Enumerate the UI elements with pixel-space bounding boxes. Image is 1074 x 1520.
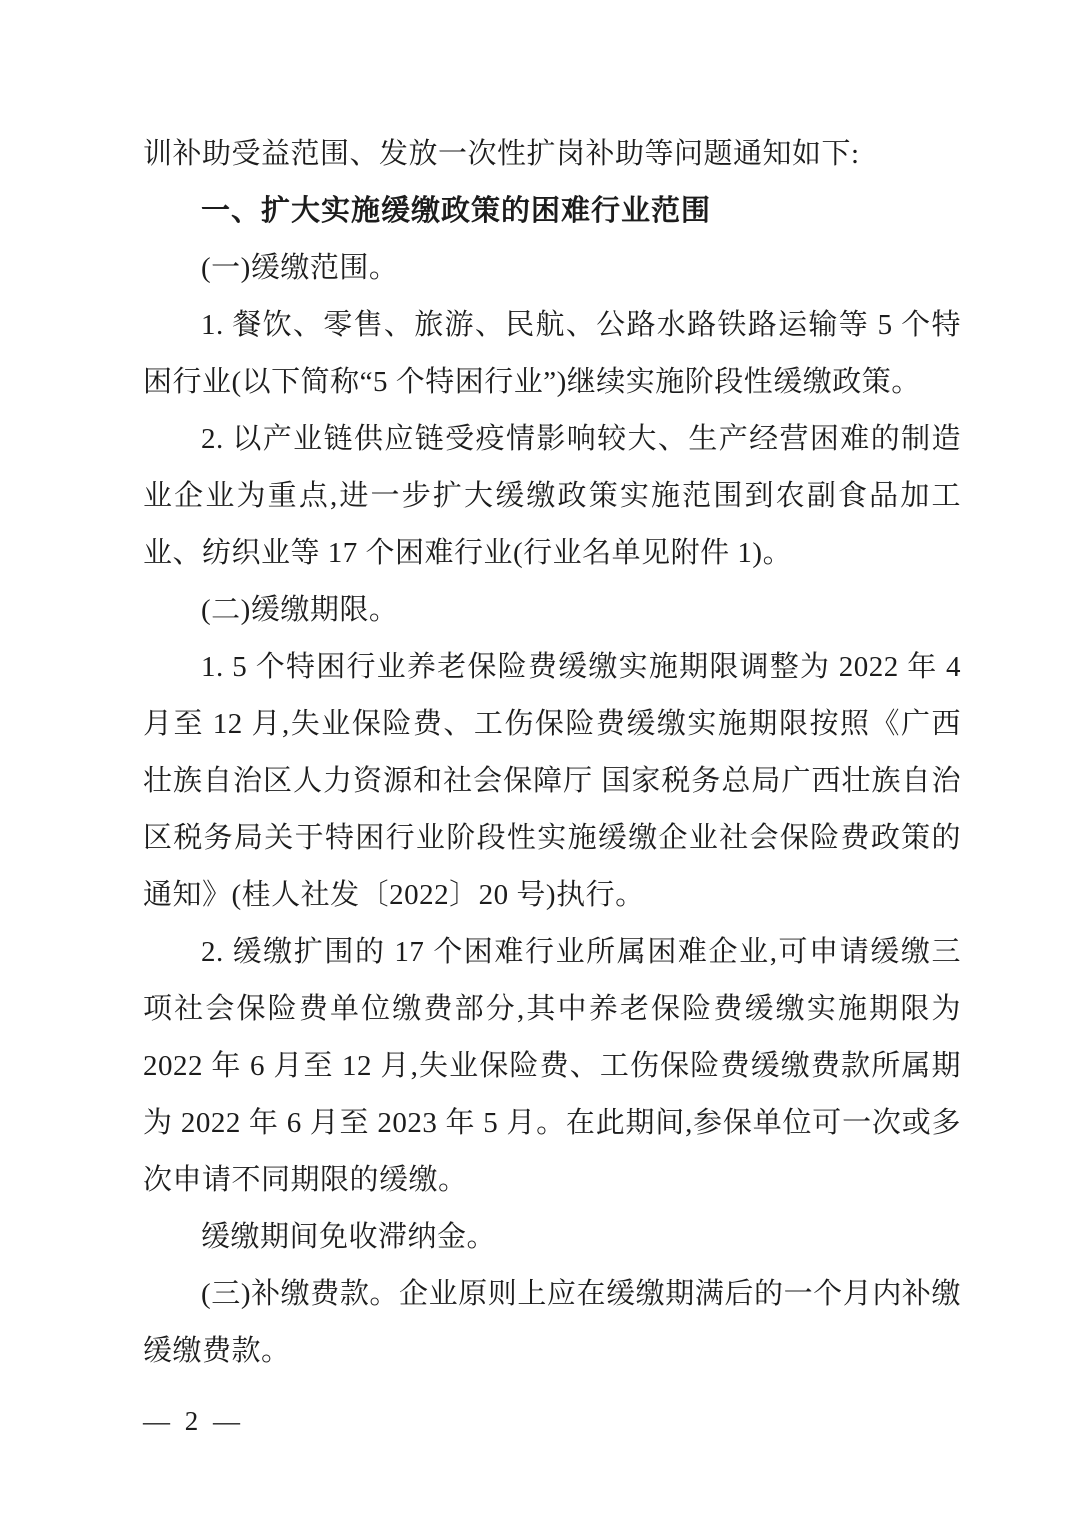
subsection-heading-2: (二)缓缴期限。 bbox=[143, 582, 961, 639]
subsection-heading-3: (三)补缴费款。企业原则上应在缓缴期满后的一个月内补缴缓缴费款。 bbox=[143, 1266, 961, 1380]
subsection-heading-1: (一)缓缴范围。 bbox=[143, 240, 961, 297]
paragraph-item-3: 1. 5 个特困行业养老保险费缓缴实施期限调整为 2022 年 4 月至 12 … bbox=[143, 639, 961, 924]
section-heading-1: 一、扩大实施缓缴政策的困难行业范围 bbox=[143, 183, 961, 240]
document-page: 训补助受益范围、发放一次性扩岗补助等问题通知如下: 一、扩大实施缓缴政策的困难行… bbox=[0, 0, 1074, 1520]
document-body: 训补助受益范围、发放一次性扩岗补助等问题通知如下: 一、扩大实施缓缴政策的困难行… bbox=[143, 126, 961, 1380]
paragraph-continuation: 训补助受益范围、发放一次性扩岗补助等问题通知如下: bbox=[143, 126, 961, 183]
paragraph-note: 缓缴期间免收滞纳金。 bbox=[143, 1209, 961, 1266]
paragraph-item-4: 2. 缓缴扩围的 17 个困难行业所属困难企业,可申请缓缴三项社会保险费单位缴费… bbox=[143, 924, 961, 1209]
page-number: — 2 — bbox=[143, 1403, 244, 1439]
paragraph-item-2: 2. 以产业链供应链受疫情影响较大、生产经营困难的制造业企业为重点,进一步扩大缓… bbox=[143, 411, 961, 582]
paragraph-item-1: 1. 餐饮、零售、旅游、民航、公路水路铁路运输等 5 个特困行业(以下简称“5 … bbox=[143, 297, 961, 411]
